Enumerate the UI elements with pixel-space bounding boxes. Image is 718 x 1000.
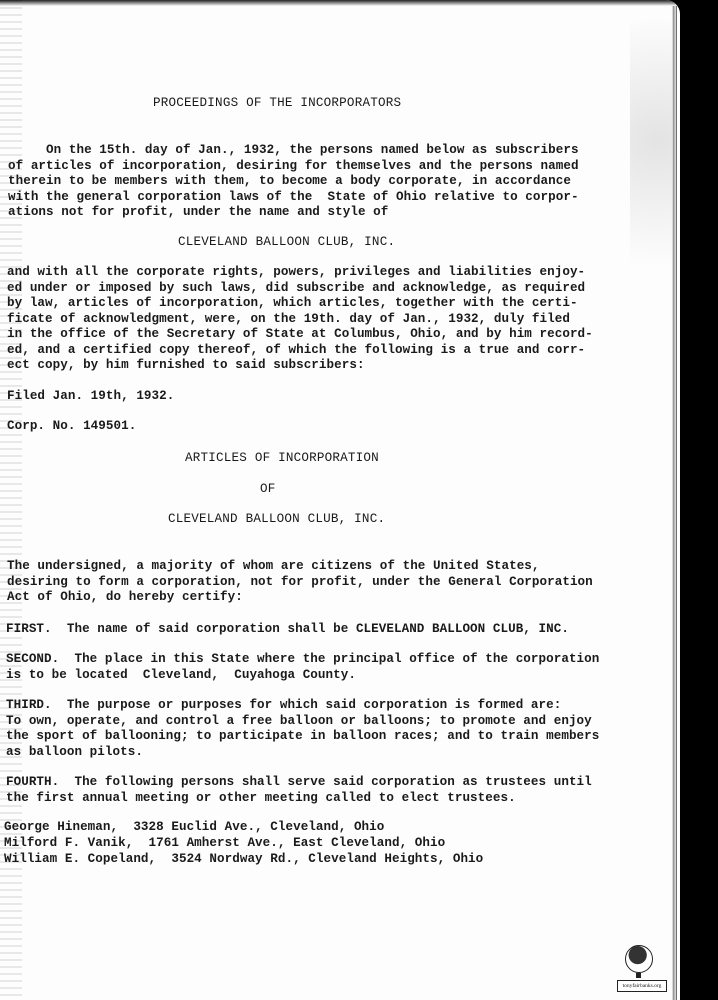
article-second-line: SECOND. The place in this State where th… — [6, 652, 599, 668]
page-right-edge — [672, 6, 677, 1000]
trustee-entry: George Hineman, 3328 Euclid Ave., Clevel… — [4, 820, 384, 836]
preamble-line: Act of Ohio, do hereby certify: — [7, 590, 243, 606]
watermark-logo: tonyfairbanks.org — [617, 945, 665, 993]
watermark-label: tonyfairbanks.org — [617, 980, 667, 992]
document-title: PROCEEDINGS OF THE INCORPORATORS — [153, 96, 401, 112]
intro-line: ations not for profit, under the name an… — [8, 205, 388, 221]
intro-line: of articles of incorporation, desiring f… — [8, 159, 579, 175]
intro-line: On the 15th. day of Jan., 1932, the pers… — [8, 143, 579, 159]
article-third-line: To own, operate, and control a free ball… — [6, 714, 592, 730]
article-fourth-line: the first annual meeting or other meetin… — [6, 791, 516, 807]
corp-number: Corp. No. 149501. — [7, 419, 136, 435]
preamble-line: The undersigned, a majority of whom are … — [7, 559, 540, 575]
club-name-heading-2: CLEVELAND BALLOON CLUB, INC. — [168, 512, 385, 528]
preamble-line: desiring to form a corporation, not for … — [7, 575, 593, 591]
body-line: and with all the corporate rights, power… — [7, 265, 585, 281]
page-right-edge-noise — [630, 20, 675, 320]
article-fourth-line: FOURTH. The following persons shall serv… — [6, 775, 592, 791]
filed-date: Filed Jan. 19th, 1932. — [7, 389, 174, 405]
body-line: in the office of the Secretary of State … — [7, 327, 593, 343]
article-third-line: as balloon pilots. — [6, 745, 143, 761]
body-line: ficate of acknowledgment, were, on the 1… — [7, 312, 570, 328]
trustee-entry: Milford F. Vanik, 1761 Amherst Ave., Eas… — [4, 836, 445, 852]
intro-line: therein to be members with them, to beco… — [8, 174, 571, 190]
page-top-shadow — [0, 0, 680, 6]
articles-heading: ARTICLES OF INCORPORATION — [185, 451, 379, 467]
club-name-heading: CLEVELAND BALLOON CLUB, INC. — [178, 235, 395, 251]
intro-line: with the general corporation laws of the… — [8, 190, 579, 206]
article-first: FIRST. The name of said corporation shal… — [6, 622, 569, 638]
body-line: by law, articles of incorporation, which… — [7, 296, 578, 312]
body-line: ed under or imposed by such laws, did su… — [7, 281, 585, 297]
article-third-line: THIRD. The purpose or purposes for which… — [6, 698, 561, 714]
balloon-basket-icon — [636, 973, 641, 978]
document-page: PROCEEDINGS OF THE INCORPORATORS On the … — [0, 0, 680, 1000]
article-second-line: is to be located Cleveland, Cuyahoga Cou… — [6, 668, 356, 684]
body-line: ed, and a certified copy thereof, of whi… — [7, 343, 585, 359]
trustee-entry: William E. Copeland, 3524 Nordway Rd., C… — [4, 852, 483, 868]
hot-air-balloon-icon — [625, 945, 653, 973]
article-third-line: the sport of ballooning; to participate … — [6, 729, 599, 745]
body-line: ect copy, by him furnished to said subsc… — [7, 358, 365, 374]
of-heading: OF — [260, 482, 276, 498]
